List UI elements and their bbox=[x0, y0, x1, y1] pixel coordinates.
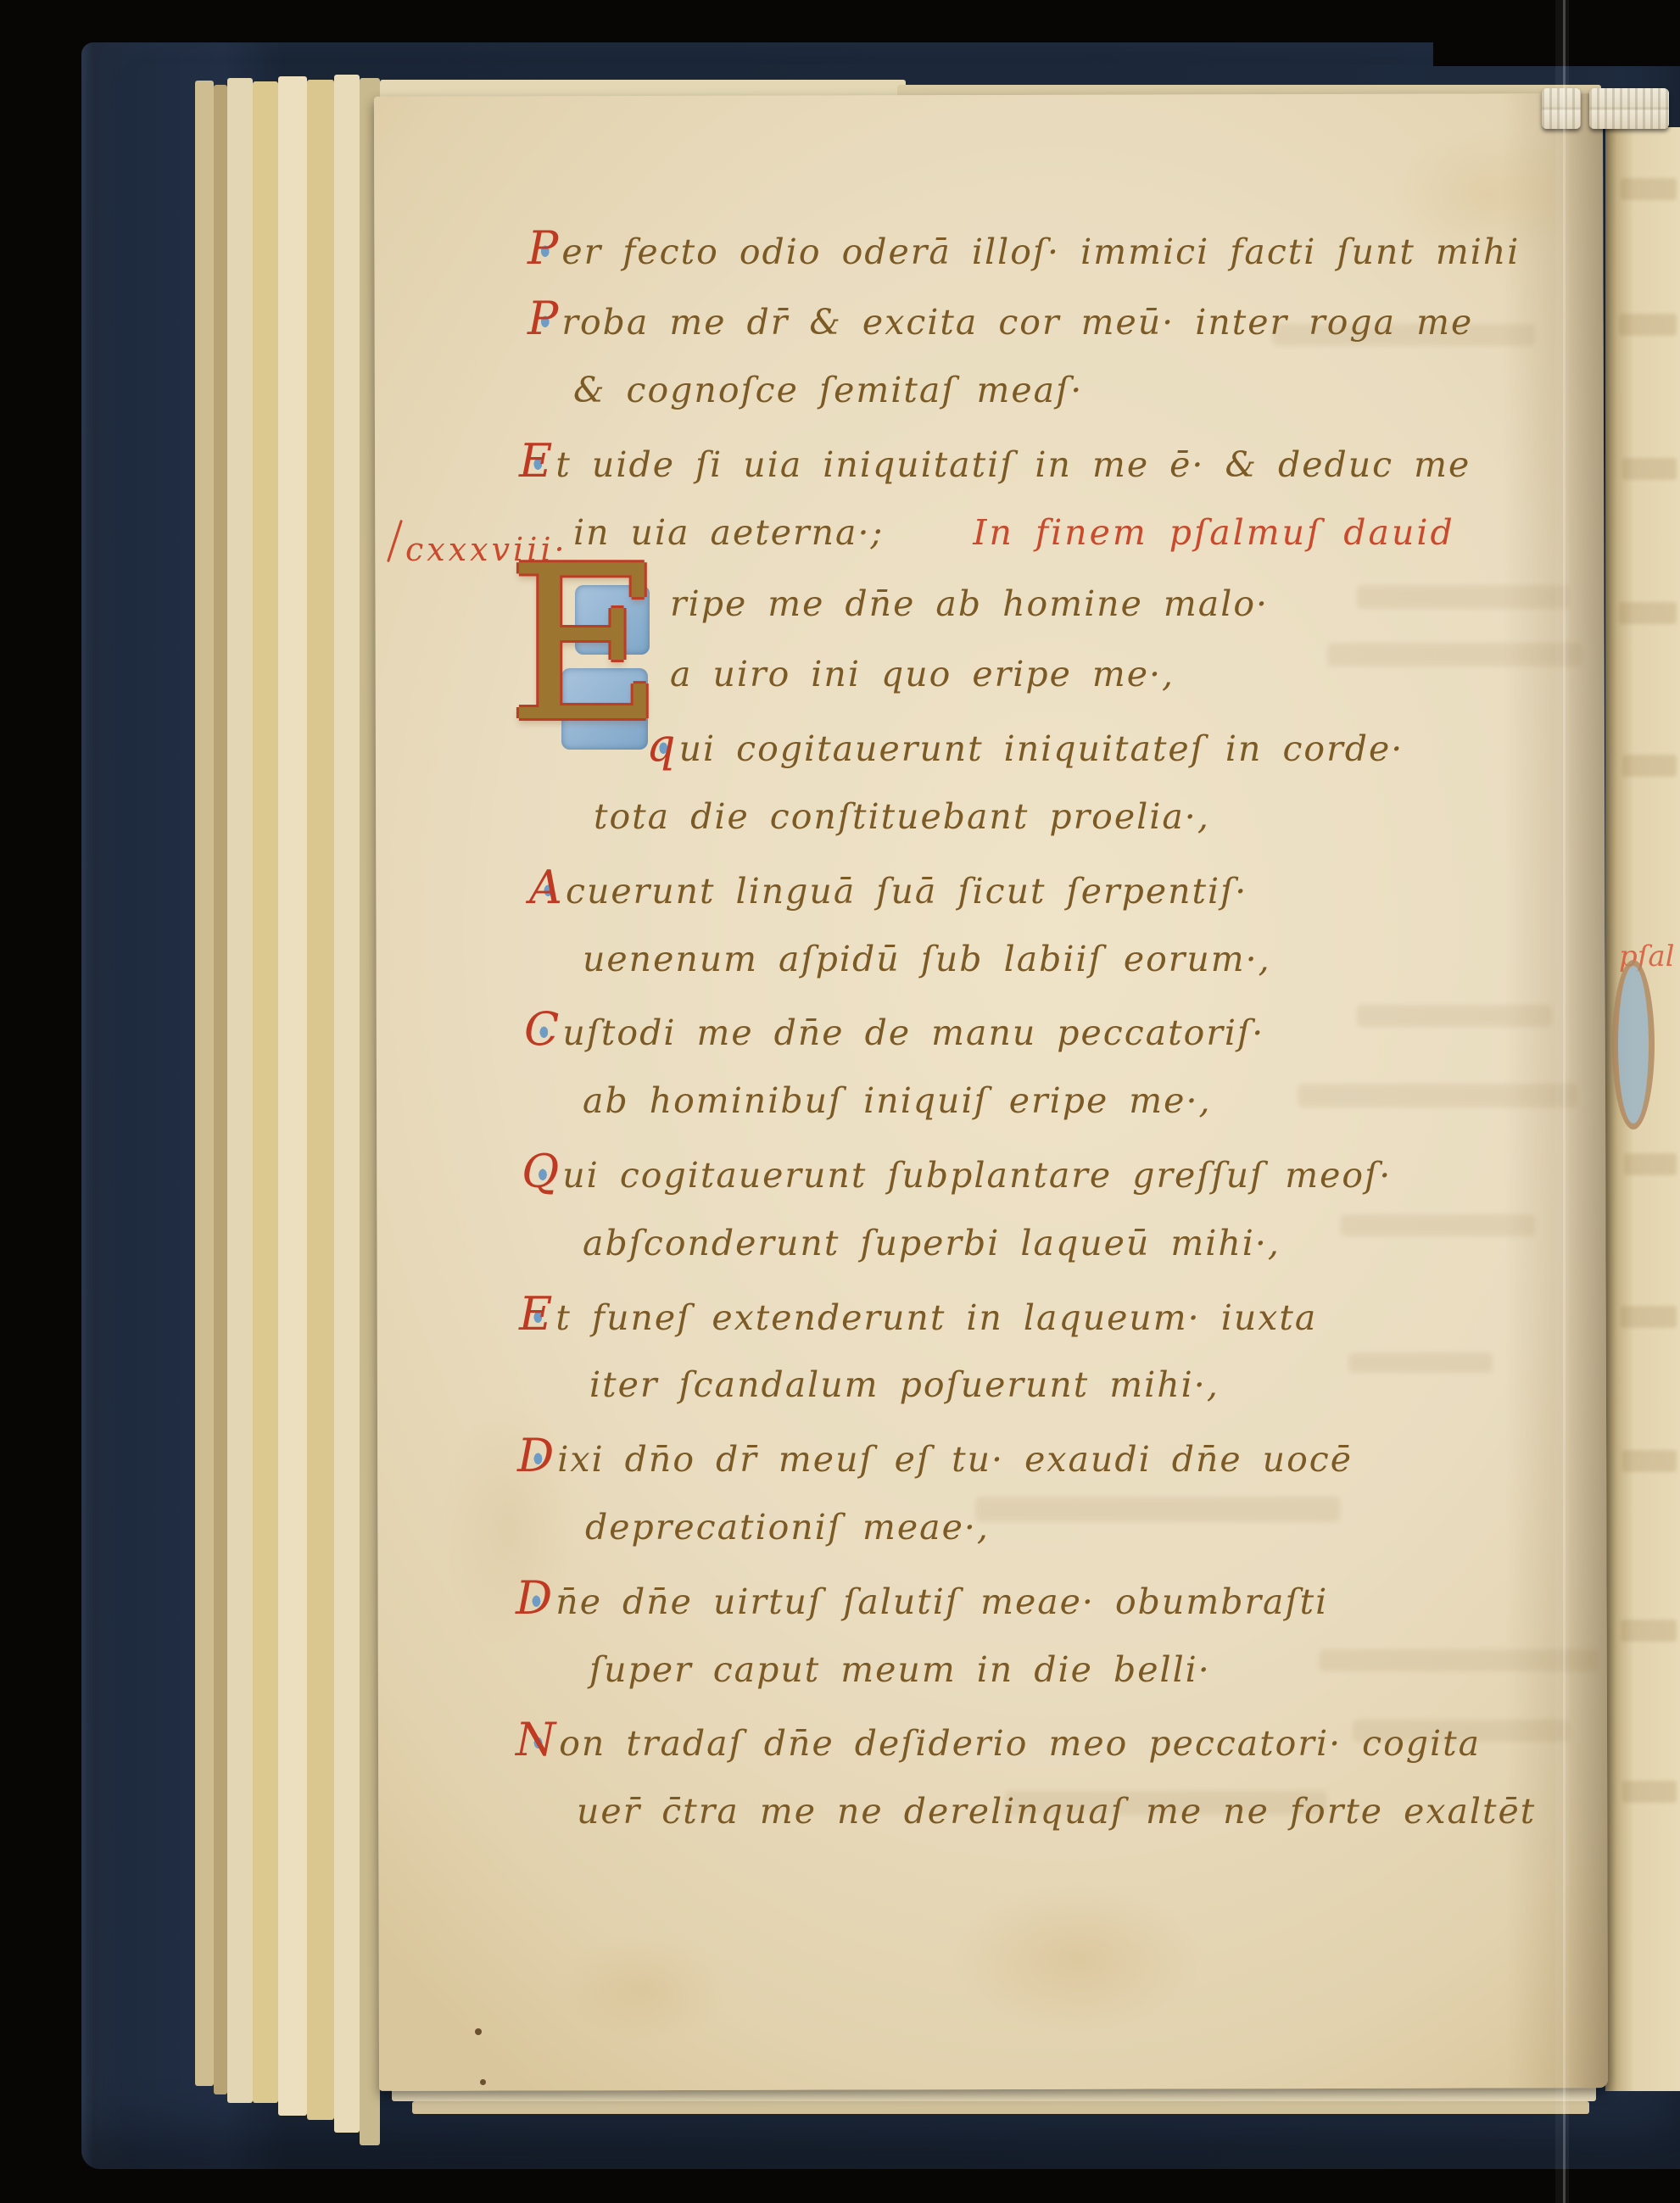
acrylic-edge-reflection bbox=[1563, 0, 1566, 2203]
verse-initial: C bbox=[524, 1002, 562, 1056]
text-line: ab hominibuſ iniquiſ eripe me·, bbox=[583, 1071, 1212, 1130]
verse-text: uenenum aſpidū ſub labiiſ eorum·, bbox=[583, 939, 1271, 979]
page-stack-edge bbox=[253, 81, 278, 2103]
verse-text: a uiro ini quo eripe me·, bbox=[670, 654, 1175, 694]
bleed-through-mark bbox=[975, 1497, 1340, 1522]
bleed-through-mark bbox=[1327, 643, 1582, 666]
verse-initial: q bbox=[646, 718, 679, 772]
verse-text: in uia aeterna·; bbox=[573, 512, 884, 553]
text-line: a uiro ini quo eripe me·, bbox=[670, 644, 1175, 704]
verse-text: cuerunt linguā ſuā ſicut ſerpentiſ· bbox=[566, 871, 1247, 912]
bleed-through-mark bbox=[1622, 458, 1677, 480]
wormhole-speck bbox=[475, 2028, 482, 2035]
verse-initial: Q bbox=[522, 1145, 562, 1198]
text-line: qui cogitauerunt iniquitateſ in corde· bbox=[646, 716, 1404, 778]
acrylic-sheet-sheen bbox=[1555, 0, 1569, 2203]
verse-text: t funeſ extenderunt in laqueum· iuxta bbox=[555, 1297, 1317, 1338]
verse-text: ui cogitauerunt ſubplantare greſſuſ meoſ… bbox=[562, 1155, 1392, 1196]
verse-initial: P bbox=[527, 292, 561, 345]
verse-initial: E bbox=[519, 1287, 555, 1341]
verse-text: uſtodi me dn̄e de manu peccatoriſ· bbox=[562, 1012, 1264, 1053]
text-line: tota die conſtituebant proelia·, bbox=[594, 787, 1210, 846]
bleed-through-mark bbox=[1340, 1214, 1535, 1236]
text-line: ſuper caput meum in die belli· bbox=[589, 1640, 1211, 1699]
verse-initial: E bbox=[519, 434, 555, 488]
manuscript-photo: pſal cxxxviii· E Per fecto odio oderā il… bbox=[0, 0, 1680, 2203]
verse-text: abſconderunt ſuperbi laqueū mihi·, bbox=[583, 1223, 1281, 1263]
facing-page: pſal bbox=[1605, 127, 1680, 2091]
verse-text: ixi dn̄o dr̄ meuſ eſ tu· exaudi dn̄e uoc… bbox=[557, 1439, 1353, 1480]
text-line: Et funeſ extenderunt in laqueum· iuxta bbox=[519, 1285, 1317, 1347]
text-line: Dn̄e dn̄e uirtuſ ſalutiſ meae· obumbraſt… bbox=[516, 1569, 1328, 1631]
verse-initial: P bbox=[527, 221, 561, 275]
page-stack-edge bbox=[412, 2101, 1589, 2114]
text-line: iter ſcandalum poſuerunt mihi·, bbox=[589, 1355, 1220, 1414]
drop-cap-letter: E bbox=[507, 538, 663, 753]
bleed-through-mark bbox=[1619, 314, 1677, 336]
bleed-through-mark bbox=[1621, 1306, 1677, 1328]
bleed-through-mark bbox=[1622, 1450, 1677, 1472]
woven-band bbox=[1589, 88, 1669, 129]
verse-text: ripe me dn̄e ab homine malo· bbox=[670, 583, 1269, 624]
page-stack-edge bbox=[334, 75, 360, 2133]
bleed-through-mark bbox=[1621, 178, 1677, 200]
verse-text: on tradaſ dn̄e deſiderio meo peccatori· … bbox=[559, 1723, 1481, 1764]
page-stack-edge bbox=[307, 80, 334, 2120]
text-line: ripe me dn̄e ab homine malo· bbox=[670, 574, 1269, 633]
verse-text: n̄e dn̄e uirtuſ ſalutiſ meae· obumbraſti bbox=[555, 1581, 1328, 1622]
text-line: deprecationiſ meae·, bbox=[585, 1497, 990, 1557]
rubric: In finem pſalmuſ dauid bbox=[973, 512, 1454, 553]
verse-text: er fecto odio oderā illoſ· immici facti … bbox=[561, 231, 1520, 272]
text-line: Cuſtodi me dn̄e de manu peccatoriſ· bbox=[524, 1000, 1264, 1062]
text-line: Proba me dr̄ & excita cor meū· inter rog… bbox=[527, 289, 1473, 352]
page-stack-edge bbox=[195, 81, 214, 2086]
verse-text: iter ſcandalum poſuerunt mihi·, bbox=[589, 1364, 1220, 1405]
text-line: uenenum aſpidū ſub labiiſ eorum·, bbox=[583, 929, 1271, 989]
verse-text: uer̄ c̄tra me ne derelinquaſ me ne forte… bbox=[577, 1791, 1536, 1832]
page-stack-edge bbox=[214, 85, 227, 2094]
stain bbox=[950, 1882, 1204, 2035]
verse-text: ui cogitauerunt iniquitateſ in corde· bbox=[679, 728, 1404, 769]
bleed-through-mark bbox=[1357, 585, 1569, 609]
text-line: abſconderunt ſuperbi laqueū mihi·, bbox=[583, 1213, 1281, 1273]
verse-text: deprecationiſ meae·, bbox=[585, 1507, 990, 1548]
verse-text: roba me dr̄ & excita cor meū· inter roga… bbox=[561, 302, 1473, 343]
bleed-through-mark bbox=[1624, 1153, 1677, 1175]
verse-initial: D bbox=[517, 1429, 557, 1482]
bleed-through-mark bbox=[1619, 602, 1677, 624]
verse-text: tota die conſtituebant proelia·, bbox=[594, 796, 1210, 837]
page-stack-edge bbox=[278, 76, 307, 2116]
bleed-through-mark bbox=[1622, 755, 1677, 777]
text-line: in uia aeterna·;In finem pſalmuſ dauid bbox=[573, 503, 1455, 562]
text-line: Dixi dn̄o dr̄ meuſ eſ tu· exaudi dn̄e uo… bbox=[517, 1426, 1353, 1489]
facing-page-initial-fragment bbox=[1612, 960, 1655, 1129]
wormhole-speck bbox=[480, 2079, 486, 2085]
bleed-through-mark bbox=[1622, 1781, 1677, 1803]
bleed-through-mark bbox=[1298, 1084, 1577, 1107]
stain bbox=[560, 1933, 729, 2044]
verse-initial: D bbox=[516, 1571, 555, 1625]
verse-text: & cognoſce ſemitaſ meaſ· bbox=[573, 370, 1083, 410]
text-line: Acuerunt linguā ſuā ſicut ſerpentiſ· bbox=[529, 858, 1247, 921]
text-line: uer̄ c̄tra me ne derelinquaſ me ne forte… bbox=[577, 1782, 1536, 1841]
text-line: Per fecto odio oderā illoſ· immici facti… bbox=[527, 219, 1520, 282]
verse-initial: A bbox=[529, 861, 566, 914]
text-line: Et uide ſi uia iniquitatiſ in me ē· & de… bbox=[519, 432, 1471, 494]
text-line: Non tradaſ dn̄e deſiderio meo peccatori·… bbox=[516, 1710, 1481, 1773]
bleed-through-mark bbox=[1348, 1352, 1493, 1373]
bleed-through-mark bbox=[1357, 1005, 1552, 1027]
bleed-through-mark bbox=[1621, 1620, 1677, 1642]
page-stack-edge bbox=[227, 78, 253, 2103]
verse-text: ab hominibuſ iniquiſ eripe me·, bbox=[583, 1080, 1212, 1121]
verse-text: t uide ſi uia iniquitatiſ in me ē· & ded… bbox=[555, 444, 1471, 485]
verse-text: ſuper caput meum in die belli· bbox=[589, 1649, 1211, 1690]
text-line: Qui cogitauerunt ſubplantare greſſuſ meo… bbox=[522, 1142, 1392, 1205]
text-line: & cognoſce ſemitaſ meaſ· bbox=[573, 360, 1083, 420]
verse-initial: N bbox=[516, 1713, 559, 1766]
